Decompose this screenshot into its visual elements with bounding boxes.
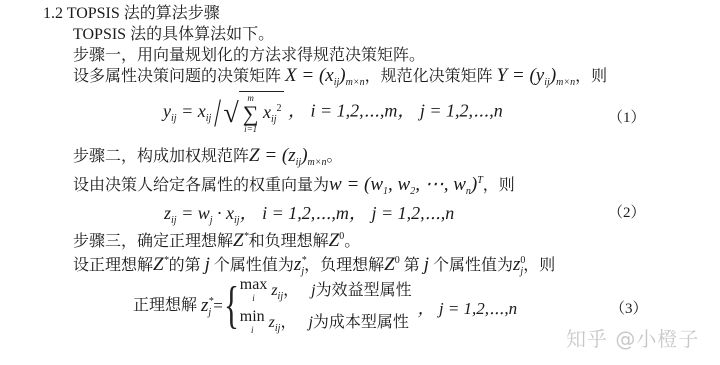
eq1-range-i: ， i = 1,2,⋯,m， bbox=[288, 101, 420, 121]
eq1-range-j: j = 1,2,⋯,n bbox=[420, 101, 503, 121]
piecewise-cases: maxi zij， j为效益型属性 mini zij， j为成本型属性 bbox=[240, 277, 412, 335]
section-title: TOPSIS 法的算法步骤 bbox=[67, 5, 220, 22]
watermark: 知乎 @小橙子 bbox=[566, 323, 699, 352]
matrix-y-def: Y = (yij)m×n bbox=[497, 65, 576, 86]
weight-vector: w = (w1, w2, ⋯, wn)T bbox=[329, 174, 483, 195]
section-number: 1.2 bbox=[43, 5, 63, 22]
sum-sigma: m ∑ i=1 bbox=[243, 94, 259, 134]
case-min: mini zij， j为成本型属性 bbox=[240, 309, 412, 335]
equation-number-1: （1） bbox=[608, 106, 646, 127]
section-heading: 1.2 TOPSIS 法的算法步骤 bbox=[43, 4, 220, 24]
text: 设多属性决策问题的决策矩阵 bbox=[73, 68, 281, 85]
intro-paragraph: TOPSIS 法的具体算法如下。 bbox=[73, 25, 274, 45]
left-brace: { bbox=[224, 280, 239, 332]
equation-number-2: （2） bbox=[608, 201, 646, 222]
matrix-x-def: X = (xij)m×n bbox=[285, 65, 365, 86]
eq3-label: 正理想解 bbox=[133, 296, 197, 316]
eq1-lhs: yij = xij bbox=[163, 101, 211, 121]
text: ，规范化决策矩阵 bbox=[365, 68, 493, 85]
step1-heading: 步骤一，用向量规划化的方法求得规范决策矩阵。 bbox=[73, 46, 425, 66]
case-max: maxi zij， j为效益型属性 bbox=[240, 277, 412, 303]
equation-1: yij = xij / √ m ∑ i=1 xij2 ， i = 1,2,⋯,m… bbox=[163, 91, 503, 134]
step1-description: 设多属性决策问题的决策矩阵 X = (xij)m×n，规范化决策矩阵 Y = (… bbox=[73, 66, 607, 93]
sqrt-sum: √ m ∑ i=1 xij2 bbox=[223, 91, 283, 134]
equation-3: 正理想解 z*j = { maxi zij， j为效益型属性 mini zij，… bbox=[133, 274, 517, 338]
equation-2: zij = wj · xij， i = 1,2,⋯,m， j = 1,2,⋯,n bbox=[164, 199, 454, 226]
equation-number-3: （3） bbox=[610, 297, 648, 318]
step2-heading: 步骤二，构成加权规范阵Z = (zij)m×n。 bbox=[73, 146, 343, 173]
matrix-z-def: Z = (zij)m×n bbox=[249, 145, 326, 166]
text: ，则 bbox=[575, 68, 607, 85]
step2-description: 设由决策人给定各属性的权重向量为w = (w1, w2, ⋯, wn)T，则 bbox=[73, 171, 515, 202]
step3-heading: 步骤三，确定正理想解Z*和负理想解Z0。 bbox=[73, 227, 360, 252]
